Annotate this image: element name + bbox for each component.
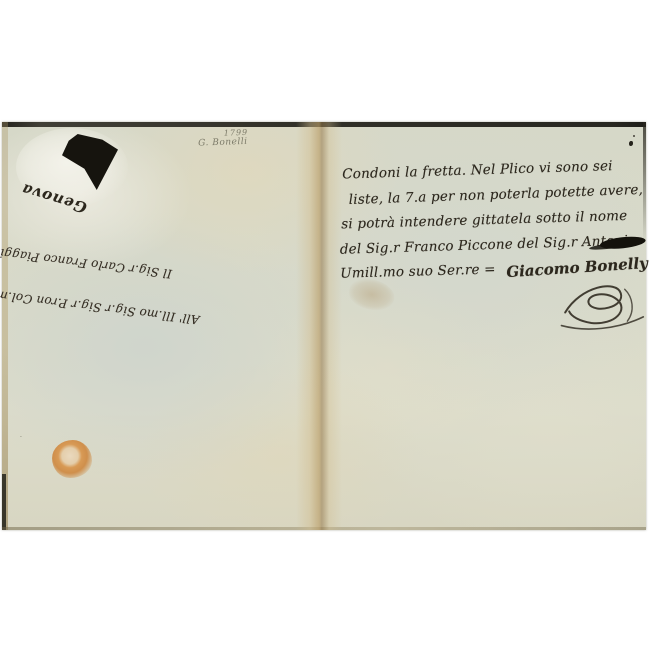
letter-paper: . 1799 G. Bonelli Genova All' Ill.mo Sig…: [2, 122, 646, 530]
address-line: All' Ill.mo Sig.r Sig.r P.ron Col.mo: [0, 287, 200, 327]
pencil-annotation: 1799 G. Bonelli: [198, 126, 289, 148]
letter-line: Condoni la fretta. Nel Plico vi sono sei: [342, 158, 613, 182]
center-fold-crease: [296, 122, 342, 530]
paper-right-edge: [643, 122, 646, 242]
ink-speck: [633, 135, 635, 137]
letter-line: del Sig.r Franco Piccone del Sig.r Anton…: [340, 232, 637, 257]
signature-flourish: [554, 277, 650, 337]
address-line: Il Sig.r Carlo Franco Piaggio: [0, 245, 173, 281]
scanned-letter-background: . 1799 G. Bonelli Genova All' Ill.mo Sig…: [0, 0, 650, 650]
letter-body: Condoni la fretta. Nel Plico vi sono sei…: [336, 159, 648, 166]
ink-smudge-stain: [346, 276, 397, 314]
ink-dot: [629, 141, 633, 146]
paper-left-edge-dark-segment: [2, 474, 6, 530]
paper-left-edge: [2, 122, 8, 530]
wax-seal-remnant: [52, 440, 92, 478]
annotation-name: G. Bonelli: [198, 135, 288, 148]
pencil-tick: .: [20, 434, 26, 437]
letter-line: liste, la 7.a per non poterla potette av…: [349, 182, 644, 208]
letter-line: si potrà intendere gittatela sotto il no…: [341, 208, 628, 232]
